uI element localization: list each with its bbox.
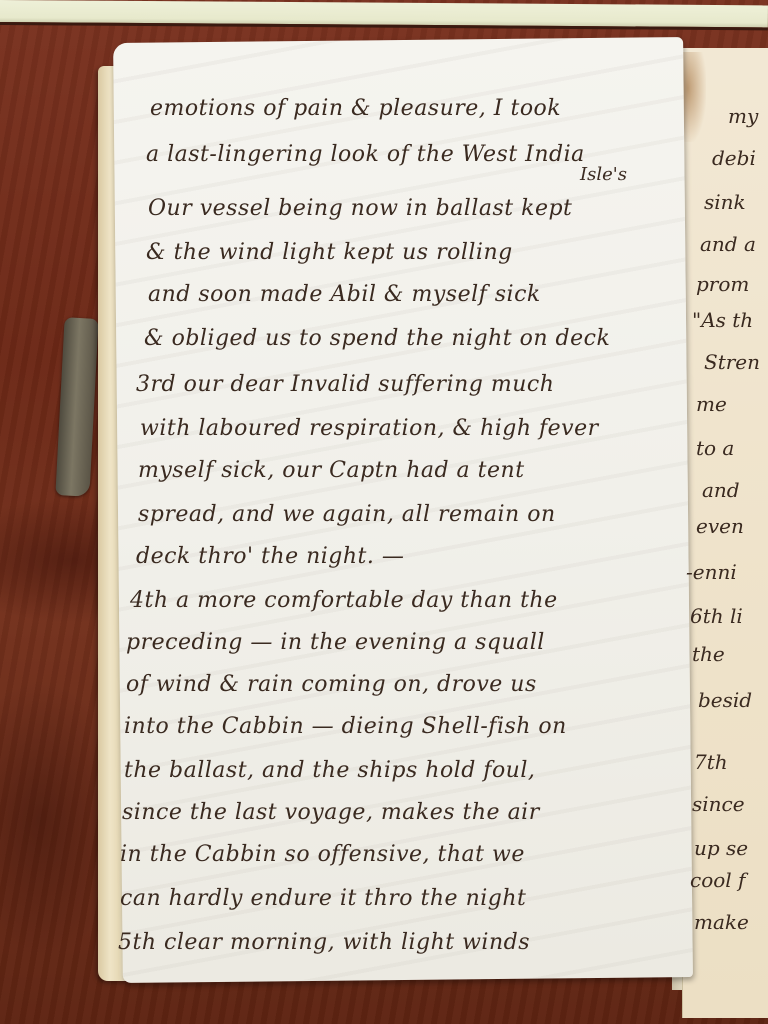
fragment-line: debi (712, 146, 756, 170)
text-line: myself sick, our Captn had a tent (138, 458, 525, 483)
text-line: preceding — in the evening a squall (126, 630, 545, 655)
fragment-line: "As th (692, 308, 753, 332)
fragment-line: make (694, 910, 749, 934)
fragment-line: me (696, 392, 727, 416)
fragment-line: the (692, 642, 725, 666)
text-line: the ballast, and the ships hold foul, (124, 758, 535, 783)
text-line: spread, and we again, all remain on (138, 502, 556, 527)
fragment-line: besid (698, 688, 752, 712)
text-line: & the wind light kept us rolling (146, 240, 513, 265)
fragment-line: 7th (694, 750, 728, 774)
text-line: a last-lingering look of the West India (146, 142, 585, 167)
fragment-line: since (692, 792, 745, 816)
text-line: of wind & rain coming on, drove us (126, 672, 537, 697)
fragment-line: 6th li (690, 604, 743, 628)
fragment-line: to a (696, 436, 734, 460)
fragment-line: even (696, 514, 744, 538)
text-line: since the last voyage, makes the air (122, 800, 540, 825)
fragment-line: Stren (704, 350, 760, 374)
fragment-line: sink (704, 190, 746, 214)
text-line: with laboured respiration, & high fever (140, 416, 599, 441)
text-line: & obliged us to spend the night on deck (144, 326, 610, 351)
fragment-line: and (702, 478, 740, 502)
paper-board-top-edge (0, 0, 768, 30)
fragment-line: -enni (686, 560, 737, 584)
text-line-main: Our vessel being now in ballast kept (148, 196, 572, 221)
text-line: in the Cabbin so offensive, that we (120, 842, 525, 867)
fragment-line: prom (696, 272, 749, 296)
fragment-line: and a (700, 232, 756, 256)
text-line: emotions of pain & pleasure, I took (150, 96, 561, 121)
text-line: 4th a more comfortable day than the (130, 588, 558, 613)
fragment-line: cool f (690, 868, 745, 892)
insertion-text: Isle's (580, 164, 627, 185)
text-line: 3rd our dear Invalid suffering much (136, 372, 554, 397)
text-line: into the Cabbin — dieing Shell-fish on (124, 714, 567, 739)
text-line: 5th clear morning, with light winds (118, 930, 530, 955)
text-line: Our vessel being now in ballast kept (148, 196, 572, 221)
text-line: and soon made Abil & myself sick (148, 282, 541, 307)
fragment-line: my (728, 104, 758, 128)
text-line: can hardly endure it thro the night (120, 886, 526, 911)
fragment-line: up se (694, 836, 748, 860)
text-line: deck thro' the night. — (136, 544, 404, 569)
